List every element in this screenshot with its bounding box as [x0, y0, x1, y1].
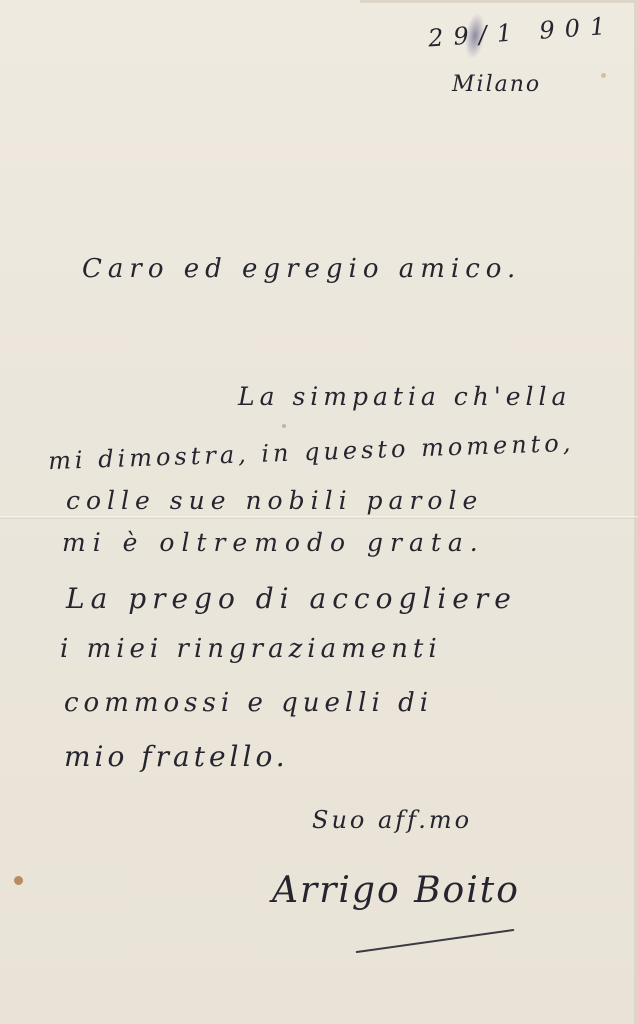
letter-page: 29/1 901 Milano Caro ed egregio amico. L… — [0, 0, 638, 1024]
body-line: mi dimostra, in questo momento, — [48, 429, 575, 475]
signature: Arrigo Boito — [272, 870, 520, 911]
foxing-spot — [601, 73, 606, 78]
signature-underline — [356, 929, 515, 953]
body-line: colle sue nobili parole — [66, 486, 483, 515]
body-line: commossi e quelli di — [64, 688, 433, 718]
body-line: La simpatia ch'ella — [238, 382, 571, 411]
letter-date: 29/1 901 — [427, 11, 616, 52]
salutation: Caro ed egregio amico. — [82, 254, 521, 284]
body-line: i miei ringraziamenti — [60, 634, 442, 664]
body-line: La prego di accogliere — [66, 582, 517, 615]
paper-edge-top — [360, 0, 638, 3]
closing: Suo aff.mo — [312, 806, 472, 834]
paper-fold-line — [0, 516, 638, 519]
foxing-spot — [14, 876, 23, 885]
paper-edge-right — [634, 0, 638, 1024]
letter-place: Milano — [452, 72, 541, 97]
body-line: mi è oltremodo grata. — [62, 528, 485, 557]
foxing-spot — [282, 424, 286, 428]
body-line: mio fratello. — [64, 740, 289, 773]
